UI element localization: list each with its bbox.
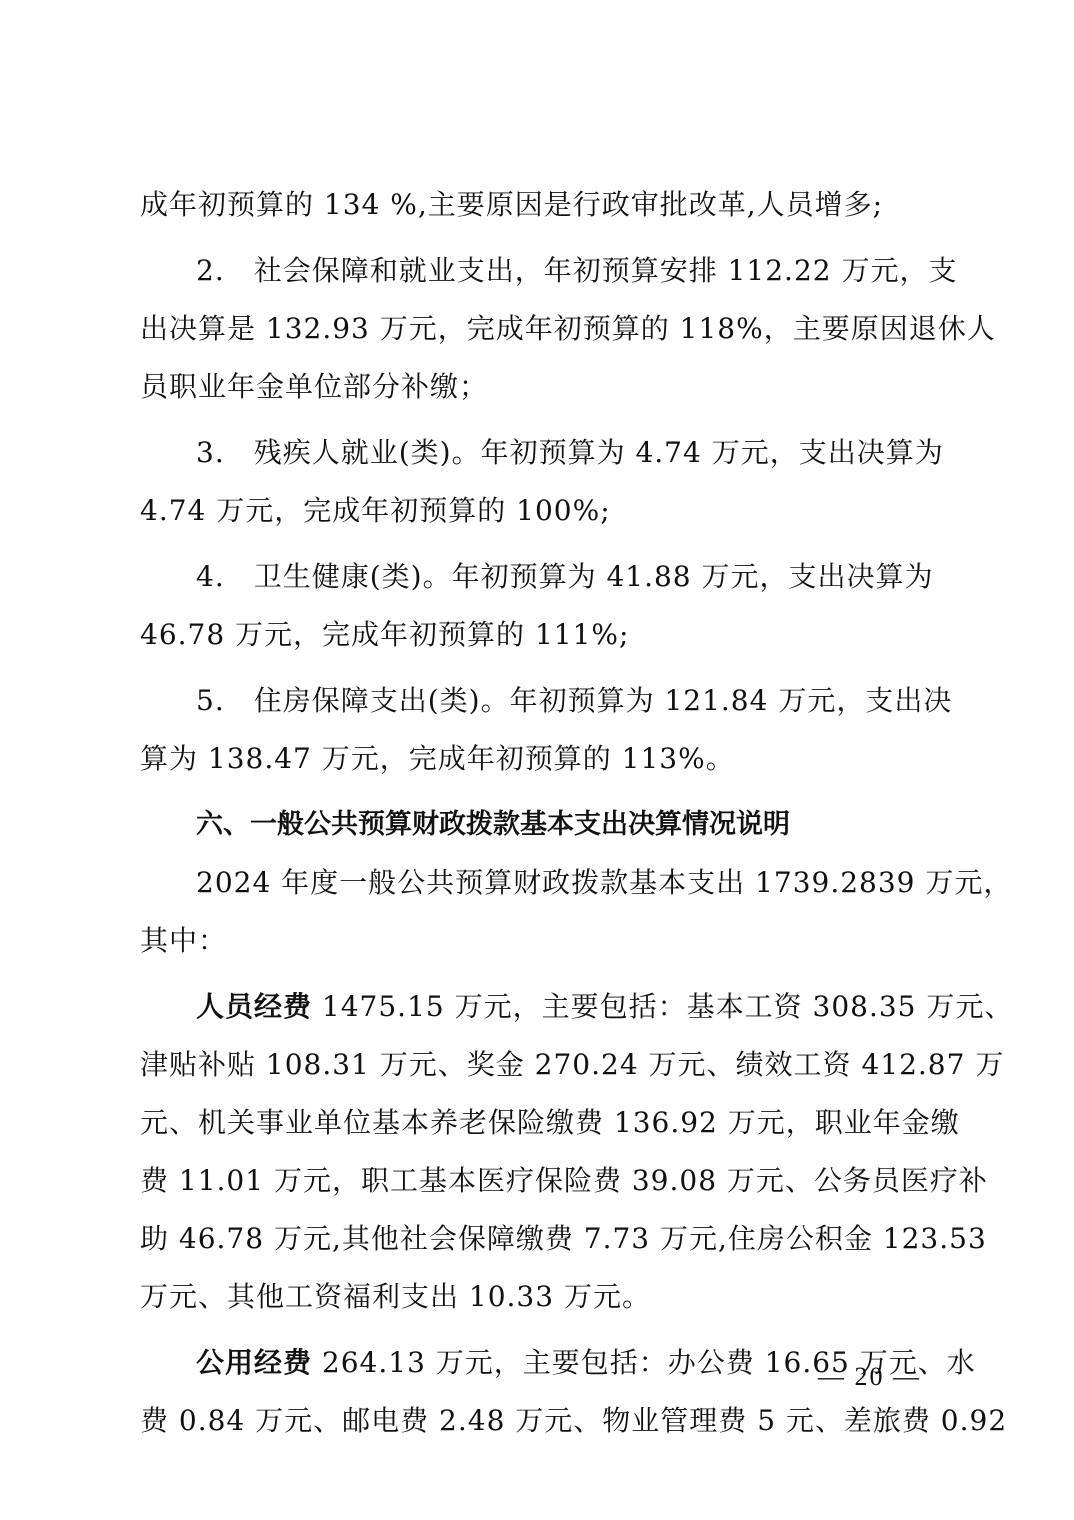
list-item-5-line-1: 5. 住房保障支出(类)。年初预算为 121.84 万元，支出决 [140, 672, 936, 730]
personnel-expenses-text: 1475.15 万元，主要包括：基本工资 308.35 万元、 [312, 990, 1013, 1023]
list-item-2-line-1: 2. 社会保障和就业支出，年初预算安排 112.22 万元，支 [140, 242, 936, 300]
personnel-expenses-line-2: 津贴补贴 108.31 万元、奖金 270.24 万元、绩效工资 412.87 … [140, 1036, 936, 1094]
personnel-expenses-line-6: 万元、其他工资福利支出 10.33 万元。 [140, 1268, 936, 1326]
paragraph-line: 成年初预算的 134 %,主要原因是行政审批改革,人员增多; [140, 176, 936, 234]
summary-line-2: 其中： [140, 912, 936, 970]
document-page: 成年初预算的 134 %,主要原因是行政审批改革,人员增多; 2. 社会保障和就… [140, 176, 936, 1450]
list-item-4-line-1: 4. 卫生健康(类)。年初预算为 41.88 万元，支出决算为 [140, 548, 936, 606]
list-item-4-line-2: 46.78 万元，完成年初预算的 111%; [140, 606, 936, 664]
list-item-2-line-3: 员职业年金单位部分补缴； [140, 358, 936, 416]
personnel-expenses-line-3: 元、机关事业单位基本养老保险缴费 136.92 万元，职业年金缴 [140, 1094, 936, 1152]
list-item-3-line-2: 4.74 万元，完成年初预算的 100%; [140, 482, 936, 540]
section-heading: 六、一般公共预算财政拨款基本支出决算情况说明 [140, 796, 936, 854]
list-item-3-line-1: 3. 残疾人就业(类)。年初预算为 4.74 万元，支出决算为 [140, 424, 936, 482]
personnel-expenses-label: 人员经费 [196, 990, 312, 1023]
public-expenses-line-1: 公用经费 264.13 万元，主要包括：办公费 16.65 万元、水 [140, 1334, 936, 1392]
personnel-expenses-line-1: 人员经费 1475.15 万元，主要包括：基本工资 308.35 万元、 [140, 978, 936, 1036]
public-expenses-label: 公用经费 [196, 1346, 312, 1379]
personnel-expenses-line-4: 费 11.01 万元，职工基本医疗保险费 39.08 万元、公务员医疗补 [140, 1152, 936, 1210]
list-item-2-line-2: 出决算是 132.93 万元，完成年初预算的 118%，主要原因退休人 [140, 300, 936, 358]
summary-line-1: 2024 年度一般公共预算财政拨款基本支出 1739.2839 万元， [140, 854, 936, 912]
list-item-5-line-2: 算为 138.47 万元，完成年初预算的 113%。 [140, 730, 936, 788]
page-number: — 20 — [818, 1362, 921, 1392]
personnel-expenses-line-5: 助 46.78 万元,其他社会保障缴费 7.73 万元,住房公积金 123.53 [140, 1210, 936, 1268]
public-expenses-line-2: 费 0.84 万元、邮电费 2.48 万元、物业管理费 5 元、差旅费 0.92 [140, 1392, 936, 1450]
